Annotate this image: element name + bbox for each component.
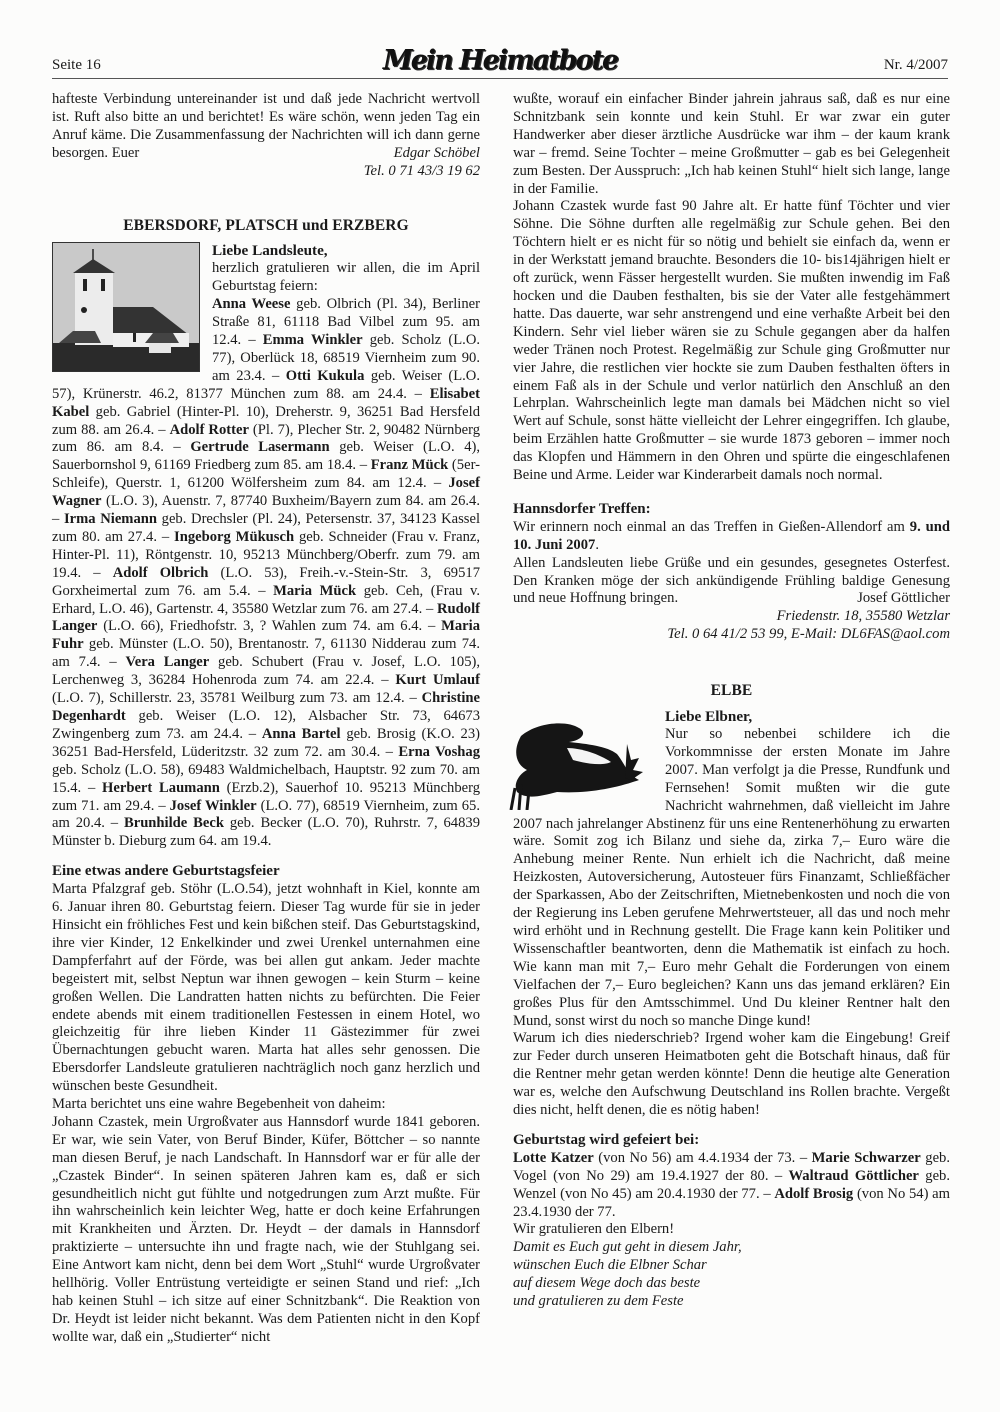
right-column: wußte, worauf ein einfacher Binder jahre… <box>513 91 950 1311</box>
elbe-paragraph-2: Warum ich dies niederschrieb? Irgend woh… <box>513 1030 950 1120</box>
story-paragraph-3: Johann Czastek, mein Urgroßvater aus Han… <box>52 1114 480 1347</box>
story-paragraph-1: Marta Pfalzgraf geb. Stöhr (L.O.54), jet… <box>52 881 480 1096</box>
left-column: hafteste Verbindung untereinander ist un… <box>52 91 480 1347</box>
treffen-paragraph: Wir erinnern noch einmal an das Treffen … <box>513 519 950 555</box>
landscape-icon <box>507 714 657 810</box>
church-icon <box>53 243 199 371</box>
poem-line: auf diesem Wege doch das beste <box>513 1275 950 1293</box>
intro-text: hafteste Verbindung untereinander ist un… <box>52 91 480 163</box>
treffen-contact: Tel. 0 64 41/2 53 99, E-Mail: DL6FAS@aol… <box>513 626 950 644</box>
treffen-address: Friedenstr. 18, 35580 Wetzlar <box>513 608 950 626</box>
issue-number: Nr. 4/2007 <box>884 57 948 74</box>
poem-line: wünschen Euch die Elbner Schar <box>513 1257 950 1275</box>
story-paragraph-2: Marta berichtet uns eine wahre Begebenhe… <box>52 1096 480 1114</box>
church-photo <box>52 242 200 372</box>
elbe-congrats: Wir gratulieren den Elbern! <box>513 1221 950 1239</box>
birthday-list: Anna Weese geb. Olbrich (Pl. 34), Berlin… <box>52 296 480 851</box>
landscape-drawing <box>507 714 657 810</box>
poem-line: Damit es Euch gut geht in diesem Jahr, <box>513 1239 950 1257</box>
story-title: Eine etwas andere Geburtstagsfeier <box>52 863 480 881</box>
page-header: Seite 16 Mein Heimatbote Nr. 4/2007 <box>52 38 948 79</box>
treffen-title: Hannsdorfer Treffen: <box>513 501 950 519</box>
section-title-ebersdorf: EBERSDORF, PLATSCH und ERZBERG <box>52 217 480 235</box>
story-continued-1: wußte, worauf ein einfacher Binder jahre… <box>513 91 950 198</box>
poem-line: und gratulieren zu dem Feste <box>513 1293 950 1311</box>
intro-phone: Tel. 0 71 43/3 19 62 <box>52 163 480 181</box>
treffen-greetings: Allen Landsleuten liebe Grüße und ein ge… <box>513 555 950 609</box>
section-title-elbe: ELBE <box>513 682 950 700</box>
page-number: Seite 16 <box>52 57 101 74</box>
intro-signature: Edgar Schöbel <box>394 145 480 163</box>
masthead-logo: Mein Heimatbote <box>383 45 617 76</box>
elbe-birthday-title: Geburtstag wird gefeiert bei: <box>513 1132 950 1150</box>
story-continued-2: Johann Czastek wurde fast 90 Jahre alt. … <box>513 198 950 485</box>
treffen-signature: Josef Göttlicher <box>857 590 950 608</box>
elbe-birthday-list: Lotte Katzer (von No 56) am 4.4.1934 der… <box>513 1150 950 1222</box>
